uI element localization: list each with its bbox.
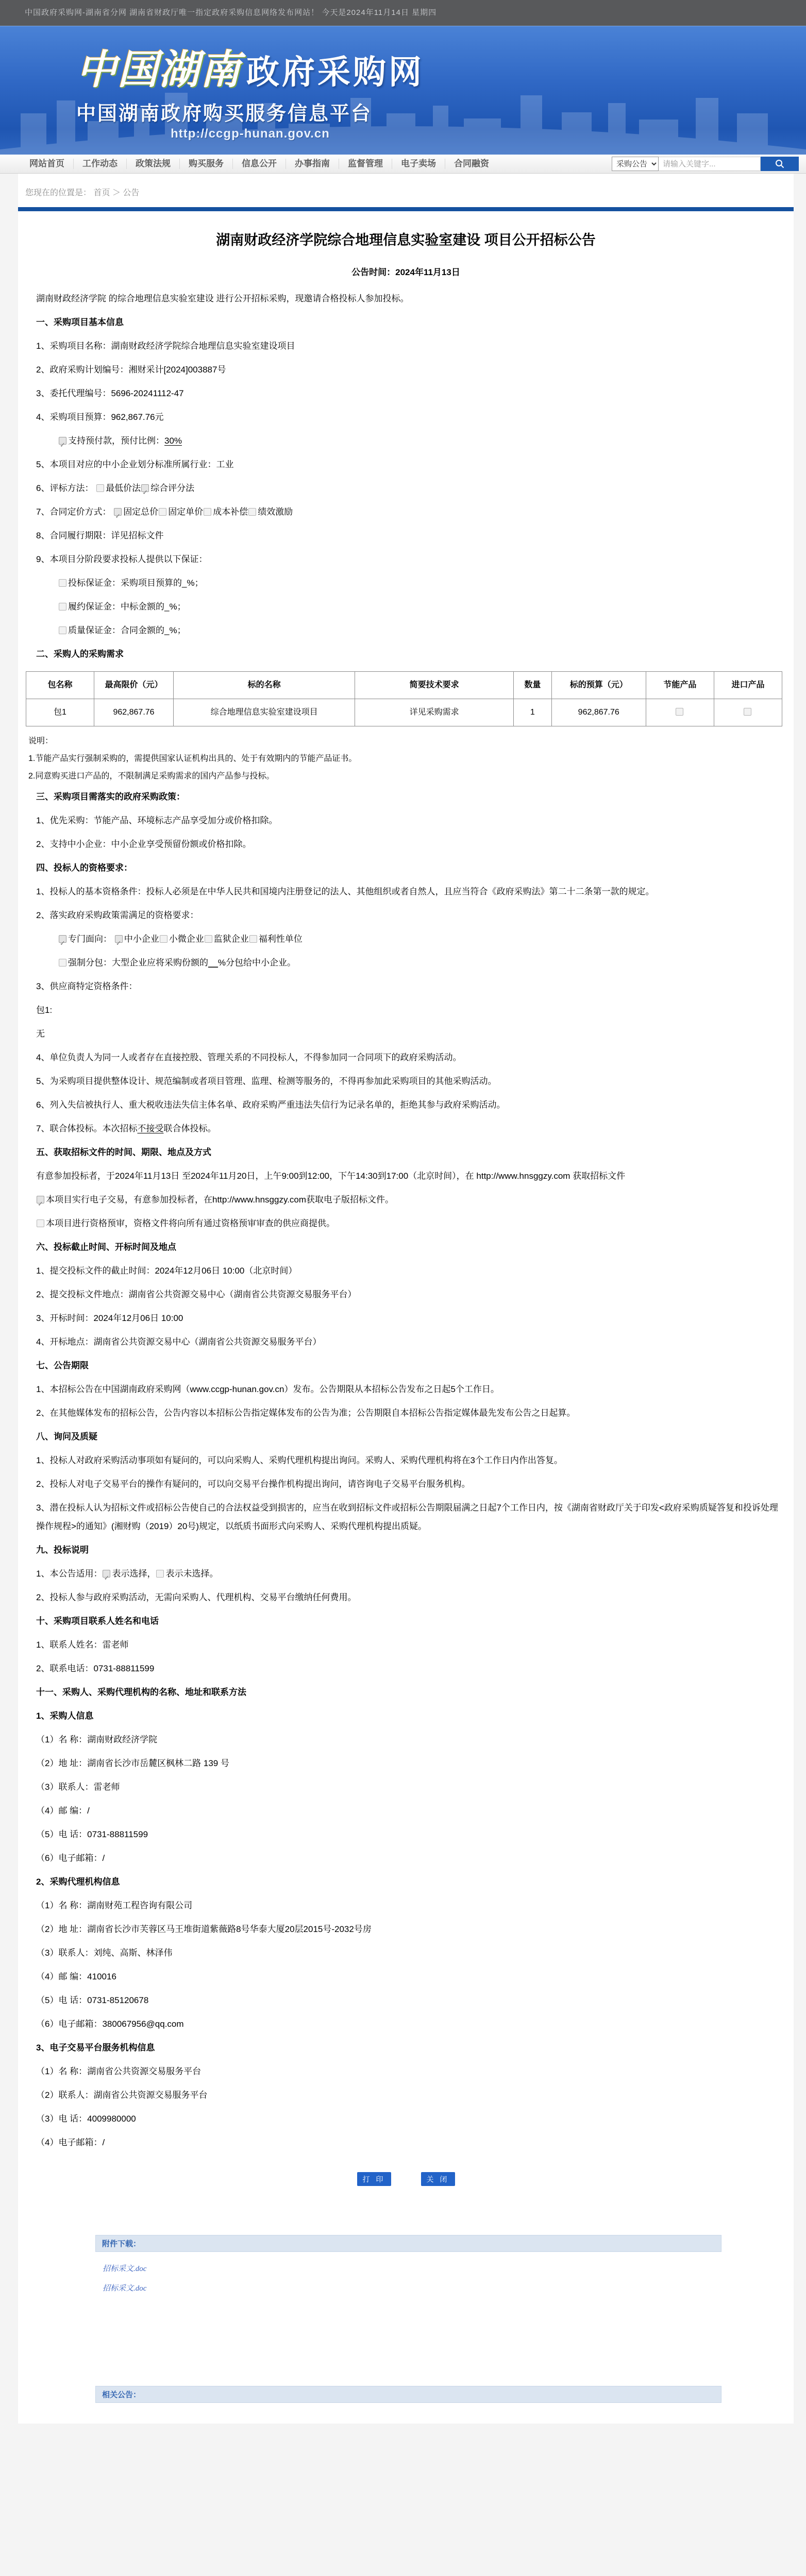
publish-time: 公告时间：2024年11月13日 (18, 265, 794, 278)
text-segment: 小微企业 (169, 934, 204, 944)
doc-paragraph: 4、单位负责人为同一人或者存在直接控股、管理关系的不同投标人，不得参加同一合同项… (18, 1046, 794, 1070)
doc-heading: 五、获取招标文件的时间、期限、地点及方式 (18, 1141, 794, 1164)
content-page: 您现在的位置是： 首页 ＞ 公告 湖南财政经济学院综合地理信息实验室建设 项目公… (18, 174, 794, 2424)
doc-paragraph: 5、为采购项目提供整体设计、规范编制或者项目管理、监理、检测等服务的，不得再参加… (18, 1070, 794, 1093)
attachment-list: 招标采文.doc招标采文.doc (95, 2252, 721, 2298)
doc-paragraph: 2、联系电话：0731-88811599 (18, 1657, 794, 1681)
doc-paragraph: 1、优先采购：节能产品、环境标志产品享受加分或价格扣除。 (18, 809, 794, 833)
doc-paragraph: （5）电 话：0731-85120678 (18, 1989, 794, 2012)
text-segment: 7、合同定价方式： (36, 507, 113, 517)
breadcrumb-current[interactable]: 公告 (123, 189, 139, 197)
doc-paragraph: 7、联合体投标。本次招标不接受联合体投标。 (18, 1117, 794, 1141)
table-header-cell: 简要技术要求 (355, 672, 514, 699)
doc-paragraph: （4）电子邮箱：/ (18, 2131, 794, 2155)
search-icon (775, 159, 785, 169)
nav-item-3[interactable]: 购买服务 (180, 159, 233, 169)
doc-paragraph: （1）名 称：湖南省公共资源交易服务平台 (18, 2060, 794, 2083)
table-header-cell: 最高限价（元） (94, 672, 174, 699)
text-segment: 绩效激励 (258, 507, 293, 517)
text-segment: 表示选择， (112, 1569, 156, 1579)
doc-paragraph: （2）联系人：湖南省公共资源交易服务平台 (18, 2083, 794, 2107)
doc-paragraph: 2、在其他媒体发布的招标公告，公告内容以本招标公告指定媒体发布的公告为准；公告期… (18, 1401, 794, 1425)
doc-paragraph: 1、本招标公告在中国湖南政府采购网（www.ccgp-hunan.gov.cn）… (18, 1378, 794, 1401)
checkbox-unchecked-icon (676, 708, 683, 716)
doc-paragraph: 履约保证金：中标金额的_%； (18, 595, 794, 619)
table-header-cell: 标的预算（元） (551, 672, 646, 699)
doc-paragraph: 1、投标人的基本资格条件：投标人必须是在中华人民共和国境内注册登记的法人、其他组… (18, 880, 794, 904)
checkbox-checked-icon (115, 935, 123, 943)
nav-item-0[interactable]: 网站首页 (21, 159, 74, 169)
checkbox-unchecked-icon (96, 484, 104, 492)
attachment-link-1[interactable]: 招标采文.doc (103, 2279, 146, 2298)
logo-url: http://ccgp-hunan.gov.cn (76, 127, 424, 141)
doc-heading: 七、公告期限 (18, 1354, 794, 1378)
search-category-select[interactable]: 采购公告 (612, 157, 659, 171)
text-segment: 专门面向： (68, 934, 114, 944)
breadcrumb: 您现在的位置是： 首页 ＞ 公告 (18, 174, 794, 207)
breadcrumb-separator: ＞ (112, 189, 121, 197)
table-cell (714, 699, 782, 726)
doc-paragraph: 1、联系人姓名：雷老师 (18, 1633, 794, 1657)
doc-paragraph: 1、提交投标文件的截止时间：2024年12月06日 10:00（北京时间） (18, 1259, 794, 1283)
doc-paragraph: 包1: (18, 998, 794, 1022)
doc-paragraph: 2、投标人参与政府采购活动，无需向采购人、代理机构、交易平台缴纳任何费用。 (18, 1586, 794, 1609)
attachments-panel: 附件下载： 招标采文.doc招标采文.doc (95, 2235, 721, 2298)
text-segment: 本项目进行资格预审，资格文件将向所有通过资格预审审查的供应商提供。 (46, 1218, 335, 1228)
checkbox-unchecked-icon (59, 603, 66, 611)
logo-main-text: 政府采购网 (246, 46, 424, 93)
doc-heading: 十、采购项目联系人姓名和电话 (18, 1609, 794, 1633)
text-segment: 7、联合体投标。本次招标 (36, 1124, 137, 1133)
doc-paragraph: 8、合同履行期限：详见招标文件 (18, 524, 794, 548)
checkbox-unchecked-icon (160, 935, 167, 943)
doc-heading: 四、投标人的资格要求： (18, 856, 794, 880)
content-top-rule (18, 207, 794, 211)
doc-paragraph: （3）联系人：刘纯、高斯、林泽伟 (18, 1941, 794, 1965)
doc-heading: 十一、采购人、采购代理机构的名称、地址和联系方法 (18, 1681, 794, 1704)
checkbox-checked-icon (141, 484, 149, 492)
site-banner: 中国湖南 政府采购网 中国湖南政府购买服务信息平台 http://ccgp-hu… (0, 26, 806, 155)
doc-paragraph: 9、本项目分阶段要求投标人提供以下保证： (18, 548, 794, 571)
doc-paragraph: （1）名 称：湖南财政经济学院 (18, 1728, 794, 1752)
nav-items: 网站首页工作动态政策法规购买服务信息公开办事指南监督管理电子卖场合同融资 (21, 159, 498, 169)
doc-paragraph: 无 (18, 1022, 794, 1046)
nav-item-2[interactable]: 政策法规 (127, 159, 180, 169)
text-segment: 表示未选择。 (165, 1569, 218, 1579)
table-header-cell: 进口产品 (714, 672, 782, 699)
doc-paragraph: 本项目进行资格预审，资格文件将向所有通过资格预审审查的供应商提供。 (18, 1212, 794, 1235)
checkbox-unchecked-icon (204, 508, 211, 516)
checkbox-unchecked-icon (156, 1570, 164, 1578)
logo-calligraphy-text: 中国湖南 (76, 38, 241, 95)
text-segment: 成本补偿 (213, 507, 248, 517)
text-segment: %分包给中小企业。 (218, 958, 296, 968)
doc-paragraph: 2、政府采购计划编号：湘财采计[2024]003887号 (18, 358, 794, 382)
utility-bar-text: 中国政府采购网-湖南省分网 湖南省财政厅唯一指定政府采购信息网络发布网站！ 今天… (25, 8, 436, 17)
checkbox-unchecked-icon (205, 935, 212, 943)
main-nav: 网站首页工作动态政策法规购买服务信息公开办事指南监督管理电子卖场合同融资 采购公… (0, 155, 806, 174)
table-row: 包1962,867.76综合地理信息实验室建设项目详见采购需求1962,867.… (26, 699, 782, 726)
checkbox-unchecked-icon (59, 579, 66, 587)
text-segment: 履约保证金：中标金额的_%； (68, 602, 186, 612)
checkbox-checked-icon (114, 508, 122, 516)
doc-paragraph: 3、委托代理编号：5696-20241112-47 (18, 382, 794, 405)
checkbox-checked-icon (103, 1570, 110, 1578)
text-segment: 联合体投标。 (163, 1124, 216, 1133)
utility-bar: 中国政府采购网-湖南省分网 湖南省财政厅唯一指定政府采购信息网络发布网站！ 今天… (0, 0, 806, 26)
doc-heading: 二、采购人的采购需求 (18, 642, 794, 666)
doc-paragraph: 1、本公告适用：表示选择，表示未选择。 (18, 1562, 794, 1586)
breadcrumb-prefix: 您现在的位置是： (25, 189, 91, 197)
text-segment: 综合评分法 (150, 483, 194, 493)
search-button[interactable] (761, 157, 799, 171)
doc-heading: 八、询问及质疑 (18, 1425, 794, 1449)
table-cell: 962,867.76 (94, 699, 174, 726)
table-cell: 综合地理信息实验室建设项目 (174, 699, 355, 726)
doc-heading: 三、采购项目需落实的政府采购政策： (18, 785, 794, 809)
table-cell: 1 (514, 699, 551, 726)
doc-paragraph: 2、提交投标文件地点：湖南省公共资源交易中心（湖南省公共资源交易服务平台） (18, 1283, 794, 1307)
doc-heading: 六、投标截止时间、开标时间及地点 (18, 1235, 794, 1259)
text-segment: 福利性单位 (259, 934, 303, 944)
page-title: 湖南财政经济学院综合地理信息实验室建设 项目公开招标公告 (49, 231, 763, 249)
table-header-cell: 数量 (514, 672, 551, 699)
doc-paragraph: 2、支持中小企业：中小企业享受预留份额或价格扣除。 (18, 833, 794, 856)
nav-item-1[interactable]: 工作动态 (74, 159, 127, 169)
nav-item-8[interactable]: 合同融资 (445, 159, 498, 169)
close-button[interactable]: 关 闭 (421, 2172, 455, 2186)
doc-paragraph: 3、开标时间：2024年12月06日 10:00 (18, 1307, 794, 1330)
text-segment: 固定总价 (123, 507, 158, 517)
doc-note: 说明： (18, 733, 794, 750)
text-segment: 6、评标方法： (36, 483, 96, 493)
doc-paragraph: （2）地 址：湖南省长沙市岳麓区枫林二路 139 号 (18, 1752, 794, 1775)
nav-item-6[interactable]: 监督管理 (339, 159, 392, 169)
text-segment: 中小企业 (124, 934, 159, 944)
doc-paragraph: 3、供应商特定资格条件： (18, 975, 794, 998)
checkbox-unchecked-icon (59, 626, 66, 634)
checkbox-unchecked-icon (248, 508, 256, 516)
nav-item-7[interactable]: 电子卖场 (392, 159, 445, 169)
doc-note: 1.节能产品实行强制采购的，需提供国家认证机构出具的、处于有效期内的节能产品证书… (18, 750, 794, 768)
doc-paragraph: （5）电 话：0731-88811599 (18, 1823, 794, 1846)
doc-paragraph: （2）地 址：湖南省长沙市芙蓉区马王堆街道紫薇路8号华泰大厦20层2015号-2… (18, 1918, 794, 1941)
checkbox-unchecked-icon (249, 935, 257, 943)
breadcrumb-home-link[interactable]: 首页 (93, 189, 110, 197)
checkbox-checked-icon (59, 935, 66, 943)
doc-paragraph: 2、投标人对电子交易平台的操作有疑问的，可以向交易平台操作机构提出询问，请咨询电… (18, 1472, 794, 1496)
doc-heading: 2、采购代理机构信息 (18, 1870, 794, 1894)
search-input[interactable] (659, 157, 761, 171)
related-panel: 相关公告： (95, 2386, 721, 2403)
doc-paragraph: 4、开标地点：湖南省公共资源交易中心（湖南省公共资源交易服务平台） (18, 1330, 794, 1354)
underlined-text: __ (208, 958, 218, 968)
doc-paragraph: 湖南财政经济学院 的综合地理信息实验室建设 进行公开招标采购，现邀请合格投标人参… (18, 287, 794, 311)
checkbox-unchecked-icon (159, 508, 166, 516)
doc-paragraph: （3）电 话：4009980000 (18, 2107, 794, 2131)
doc-paragraph: 1、投标人对政府采购活动事项如有疑问的，可以向采购人、采购代理机构提出询问。采购… (18, 1449, 794, 1472)
text-segment: 1、本公告适用： (36, 1569, 102, 1579)
table-cell: 962,867.76 (551, 699, 646, 726)
doc-paragraph: （3）联系人：雷老师 (18, 1775, 794, 1799)
text-segment: 支持预付款，预付比例： (68, 436, 164, 446)
doc-paragraph: 6、评标方法： 最低价法综合评分法 (18, 477, 794, 500)
text-segment: 最低价法 (106, 483, 141, 493)
search-box: 采购公告 (612, 157, 799, 171)
checkbox-checked-icon (59, 437, 66, 445)
nav-item-5[interactable]: 办事指南 (286, 159, 339, 169)
announcement-body: 湖南财政经济学院 的综合地理信息实验室建设 进行公开招标采购，现邀请合格投标人参… (18, 287, 794, 2155)
doc-paragraph: 4、采购项目预算：962,867.76元 (18, 405, 794, 429)
doc-paragraph: 5、本项目对应的中小企业划分标准所属行业：工业 (18, 453, 794, 477)
doc-paragraph: 6、列入失信被执行人、重大税收违法失信主体名单、政府采购严重违法失信行为记录名单… (18, 1093, 794, 1117)
table-header-cell: 包名称 (26, 672, 94, 699)
checkbox-checked-icon (37, 1196, 44, 1204)
table-cell (646, 699, 714, 726)
doc-paragraph: （6）电子邮箱：/ (18, 1846, 794, 1870)
table-cell: 详见采购需求 (355, 699, 514, 726)
doc-paragraph: （4）邮 编：410016 (18, 1965, 794, 1989)
doc-heading: 3、电子交易平台服务机构信息 (18, 2036, 794, 2060)
checkbox-unchecked-icon (59, 959, 66, 967)
text-segment: 投标保证金：采购项目预算的_%； (68, 578, 204, 588)
underlined-text: 不接受 (137, 1124, 163, 1133)
text-segment: 监狱企业 (214, 934, 249, 944)
text-segment: 本项目实行电子交易，有意参加投标者，在http://www.hnsggzy.co… (46, 1195, 394, 1205)
doc-paragraph: 强制分包：大型企业应将采购份额的__%分包给中小企业。 (18, 951, 794, 975)
checkbox-unchecked-icon (744, 708, 751, 716)
doc-paragraph: 有意参加投标者，于2024年11月13日 至2024年11月20日，上午9:00… (18, 1164, 794, 1188)
doc-paragraph: 质量保证金：合同金额的_%； (18, 619, 794, 642)
table-header-cell: 标的名称 (174, 672, 355, 699)
doc-paragraph: （4）邮 编：/ (18, 1799, 794, 1823)
attachments-title: 附件下载： (95, 2235, 721, 2252)
doc-paragraph: （6）电子邮箱：380067956@qq.com (18, 2012, 794, 2036)
doc-paragraph: 本项目实行电子交易，有意参加投标者，在http://www.hnsggzy.co… (18, 1188, 794, 1212)
doc-paragraph: 3、潜在投标人认为招标文件或招标公告使自己的合法权益受到损害的，应当在收到招标文… (18, 1496, 794, 1538)
doc-paragraph: （1）名 称：湖南财苑工程咨询有限公司 (18, 1894, 794, 1918)
doc-heading: 一、采购项目基本信息 (18, 311, 794, 334)
doc-paragraph: 2、落实政府采购政策需满足的资格要求： (18, 904, 794, 927)
nav-item-4[interactable]: 信息公开 (233, 159, 286, 169)
print-button[interactable]: 打 印 (357, 2172, 391, 2186)
doc-paragraph: 1、采购项目名称：湖南财政经济学院综合地理信息实验室建设项目 (18, 334, 794, 358)
checkbox-unchecked-icon (37, 1219, 44, 1227)
text-segment: 固定单价 (168, 507, 203, 517)
related-title: 相关公告： (95, 2386, 721, 2403)
text-segment: 强制分包：大型企业应将采购份额的 (68, 958, 208, 968)
doc-paragraph: 投标保证金：采购项目预算的_%； (18, 571, 794, 595)
doc-heading: 九、投标说明 (18, 1538, 794, 1562)
doc-heading: 1、采购人信息 (18, 1704, 794, 1728)
underlined-text: 30% (164, 436, 182, 446)
action-button-row: 打 印 关 闭 (18, 2172, 794, 2186)
doc-note: 2.同意购买进口产品的，不限制满足采购需求的国内产品参与投标。 (18, 768, 794, 785)
logo-subtitle: 中国湖南政府购买服务信息平台 (76, 97, 424, 126)
doc-paragraph: 支持预付款，预付比例：30% (18, 429, 794, 453)
requirements-table: 包名称最高限价（元）标的名称简要技术要求数量标的预算（元）节能产品进口产品包19… (26, 671, 782, 726)
doc-paragraph: 7、合同定价方式： 固定总价固定单价成本补偿绩效激励 (18, 500, 794, 524)
table-cell: 包1 (26, 699, 94, 726)
table-header-cell: 节能产品 (646, 672, 714, 699)
text-segment: 质量保证金：合同金额的_%； (68, 625, 186, 635)
attachment-link-0[interactable]: 招标采文.doc (103, 2259, 146, 2279)
doc-paragraph: 专门面向： 中小企业小微企业监狱企业福利性单位 (18, 927, 794, 951)
site-logo: 中国湖南 政府采购网 中国湖南政府购买服务信息平台 http://ccgp-hu… (76, 38, 424, 141)
